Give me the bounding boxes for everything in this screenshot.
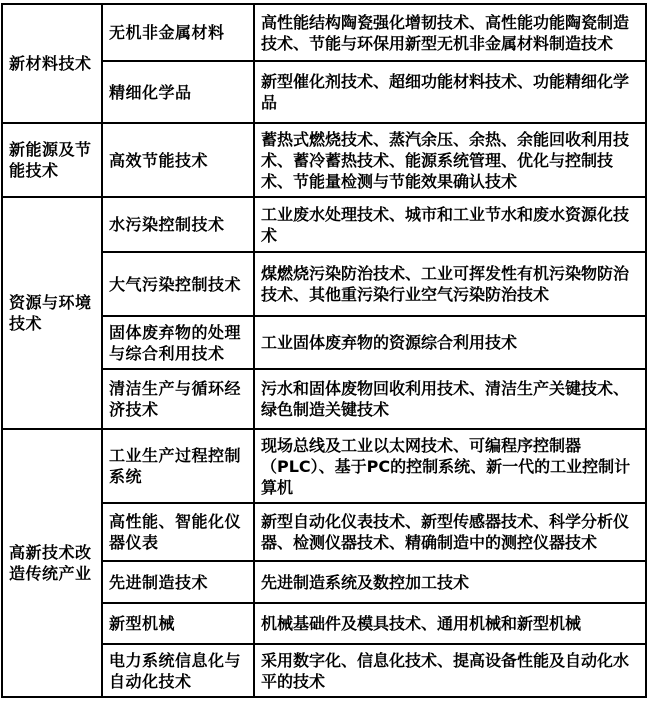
subcategory-cell: 精细化学品 bbox=[102, 61, 254, 123]
category-cell: 高新技术改造传统产业 bbox=[2, 429, 102, 697]
subcategory-cell: 新型机械 bbox=[102, 603, 254, 644]
description-cell: 煤燃烧污染防治技术、工业可挥发性有机污染物防治技术、其他重污染行业空气污染防治技… bbox=[254, 252, 646, 316]
page: 新材料技术无机非金属材料高性能结构陶瓷强化增韧技术、高性能功能陶瓷制造技术、节能… bbox=[0, 0, 650, 701]
description-cell: 工业废水处理技术、城市和工业节水和废水资源化技术 bbox=[254, 197, 646, 252]
subcategory-cell: 大气污染控制技术 bbox=[102, 252, 254, 316]
subcategory-cell: 先进制造技术 bbox=[102, 561, 254, 603]
description-cell: 污水和固体废物回收利用技术、清洁生产关键技术、绿色制造关键技术 bbox=[254, 369, 646, 429]
category-cell: 新能源及节能技术 bbox=[2, 123, 102, 197]
table-row: 高新技术改造传统产业工业生产过程控制系统现场总线及工业以太网技术、可编程序控制器… bbox=[2, 429, 646, 503]
subcategory-cell: 高性能、智能化仪器仪表 bbox=[102, 503, 254, 561]
description-cell: 新型催化剂技术、超细功能材料技术、功能精细化学品 bbox=[254, 61, 646, 123]
subcategory-cell: 固体废弃物的处理与综合利用技术 bbox=[102, 316, 254, 369]
description-cell: 现场总线及工业以太网技术、可编程序控制器（PLC）、基于PC的控制系统、新一代的… bbox=[254, 429, 646, 503]
description-cell: 机械基础件及模具技术、通用机械和新型机械 bbox=[254, 603, 646, 644]
description-cell: 采用数字化、信息化技术、提高设备性能及自动化水平的技术 bbox=[254, 644, 646, 697]
subcategory-cell: 工业生产过程控制系统 bbox=[102, 429, 254, 503]
tech-category-table: 新材料技术无机非金属材料高性能结构陶瓷强化增韧技术、高性能功能陶瓷制造技术、节能… bbox=[1, 3, 647, 698]
description-cell: 高性能结构陶瓷强化增韧技术、高性能功能陶瓷制造技术、节能与环保用新型无机非金属材… bbox=[254, 4, 646, 61]
subcategory-cell: 清洁生产与循环经济技术 bbox=[102, 369, 254, 429]
subcategory-cell: 无机非金属材料 bbox=[102, 4, 254, 61]
category-cell: 新材料技术 bbox=[2, 4, 102, 123]
table-row: 新材料技术无机非金属材料高性能结构陶瓷强化增韧技术、高性能功能陶瓷制造技术、节能… bbox=[2, 4, 646, 61]
table-row: 资源与环境技术水污染控制技术工业废水处理技术、城市和工业节水和废水资源化技术 bbox=[2, 197, 646, 252]
table-body: 新材料技术无机非金属材料高性能结构陶瓷强化增韧技术、高性能功能陶瓷制造技术、节能… bbox=[2, 4, 646, 697]
subcategory-cell: 电力系统信息化与自动化技术 bbox=[102, 644, 254, 697]
table-row: 新能源及节能技术高效节能技术蓄热式燃烧技术、蒸汽余压、余热、余能回收利用技术、蓄… bbox=[2, 123, 646, 197]
subcategory-cell: 水污染控制技术 bbox=[102, 197, 254, 252]
description-cell: 工业固体废弃物的资源综合利用技术 bbox=[254, 316, 646, 369]
description-cell: 蓄热式燃烧技术、蒸汽余压、余热、余能回收利用技术、蓄冷蓄热技术、能源系统管理、优… bbox=[254, 123, 646, 197]
description-cell: 先进制造系统及数控加工技术 bbox=[254, 561, 646, 603]
category-cell: 资源与环境技术 bbox=[2, 197, 102, 429]
subcategory-cell: 高效节能技术 bbox=[102, 123, 254, 197]
description-cell: 新型自动化仪表技术、新型传感器技术、科学分析仪器、检测仪器技术、精确制造中的测控… bbox=[254, 503, 646, 561]
